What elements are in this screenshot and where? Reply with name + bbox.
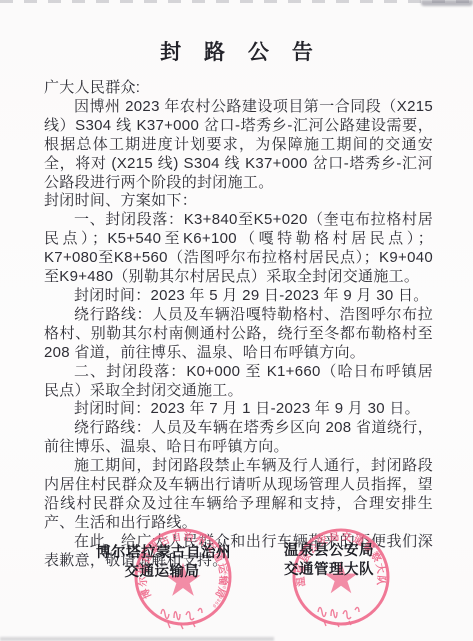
- scanned-notice-page: 封 路 公 告 广大人民群众: 因博州 2023 年农村公路建设项目第一合同段（…: [0, 0, 473, 641]
- seal-mongolian-script: [161, 609, 202, 629]
- paragraph-detour-route-1: 绕行路线：人员及车辆沿嘎特勒格村、浩图呼尔布拉格村、别勒其尔村南侧通村公路，绕行…: [44, 306, 433, 363]
- paragraph-closure-time-1: 封闭时间：2023 年 5 月 29 日-2023 年 9 月 30 日。: [44, 287, 433, 306]
- paragraph-closure-section-2: 二、封闭段落：K0+000 至 K1+660（哈日布呼镇居民点）采取全封闭交通施…: [44, 363, 433, 401]
- paragraph-closure-section-1: 一、封闭段落：K3+840至K5+020（奎屯布拉格村居民点）；K5+540至K…: [44, 211, 433, 287]
- scan-artifact-top-right: [421, 0, 473, 6]
- seal-signature-traffic-police: 温泉县公安局 交通管理大队: [274, 542, 384, 580]
- seal-signature-transport-bureau: 博尔塔拉蒙古自治州 交通运输局: [96, 544, 228, 582]
- seal-signature-line2: 交通管理大队: [274, 561, 384, 580]
- seal-signature-line1: 博尔塔拉蒙古自治州: [96, 544, 228, 563]
- paragraph-closure-time-2: 封闭时间：2023 年 7 月 1 日-2023 年 9 月 30 日。: [44, 400, 433, 419]
- seal-signature-line2: 交通运输局: [96, 563, 228, 582]
- paragraph-plan-heading: 封闭时间、方案如下：: [44, 192, 433, 211]
- seal-signature-line1: 温泉县公安局: [274, 542, 384, 561]
- paragraph-intro: 因博州 2023 年农村公路建设项目第一合同段（X215 线）S304 线 K3…: [44, 98, 433, 193]
- notice-body: 广大人民群众: 因博州 2023 年农村公路建设项目第一合同段（X215 线）S…: [44, 79, 433, 571]
- paragraph-detour-route-2: 绕行路线：人员及车辆在塔秀乡区向 208 省道绕行，前往博乐、温泉、哈日布呼镇方…: [44, 419, 433, 457]
- scan-artifact-top: [0, 0, 473, 3]
- scan-artifact-bottom: [0, 637, 274, 641]
- notice-title: 封 路 公 告: [0, 36, 473, 66]
- paragraph-salutation: 广大人民群众:: [44, 79, 433, 98]
